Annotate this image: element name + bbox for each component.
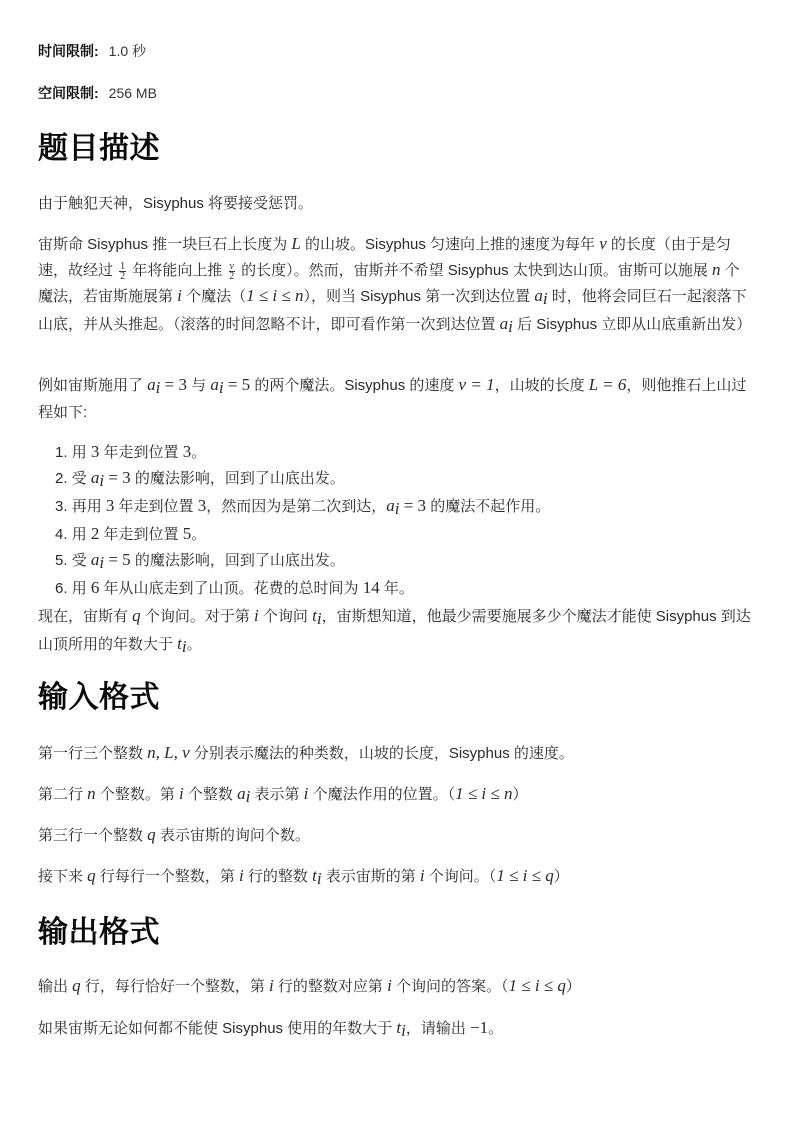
description-paragraph-1: 由于触犯天神，Sisyphus 将要接受惩罚。 [38, 191, 754, 216]
step-item: 3. 再用 3 年走到位置 3，然而因为是第二次到达，ai = 3 的魔法不起作… [55, 493, 550, 521]
section-heading-input: 输入格式 [38, 680, 160, 716]
step-item: 2. 受 ai = 3 的魔法影响，回到了山底出发。 [55, 465, 550, 493]
input-line-4: 接下来 q 行每行一个整数，第 i 行的整数 ti 表示宙斯的第 i 个询问。（… [38, 863, 754, 891]
step-item: 4. 用 2 年走到位置 5。 [55, 521, 550, 547]
fraction-one-half: 12 [119, 262, 126, 281]
space-limit: 空间限制:256 MB [38, 83, 157, 103]
output-line-1: 输出 q 行，每行恰好一个整数，第 i 行的整数对应第 i 个询问的答案。（1 … [38, 973, 754, 999]
time-limit: 时间限制:1.0 秒 [38, 41, 146, 61]
description-paragraph-4: 现在，宙斯有 q 个询问。对于第 i 个询问 ti，宙斯想知道，他最少需要施展多… [38, 603, 754, 659]
fraction-v-half: v2 [229, 262, 235, 281]
section-heading-description: 题目描述 [38, 131, 160, 167]
section-heading-output: 输出格式 [38, 915, 160, 951]
space-limit-label: 空间限制: [38, 85, 99, 101]
step-item: 5. 受 ai = 5 的魔法影响，回到了山底出发。 [55, 547, 550, 575]
input-line-1: 第一行三个整数 n, L, v 分别表示魔法的种类数，山坡的长度，Sisyphu… [38, 740, 754, 766]
description-paragraph-3: 例如宙斯施用了 ai = 3 与 ai = 5 的两个魔法。Sisyphus 的… [38, 372, 754, 425]
input-line-3: 第三行一个整数 q 表示宙斯的询问个数。 [38, 822, 754, 848]
description-paragraph-2: 宙斯命 Sisyphus 推一块巨石上长度为 L 的山坡。Sisyphus 匀速… [38, 231, 754, 339]
input-line-2: 第二行 n 个整数。第 i 个整数 ai 表示第 i 个魔法作用的位置。（1 ≤… [38, 781, 754, 809]
time-limit-value: 1.0 秒 [109, 43, 146, 59]
process-steps-list: 1. 用 3 年走到位置 3。 2. 受 ai = 3 的魔法影响，回到了山底出… [38, 439, 550, 601]
time-limit-label: 时间限制: [38, 43, 99, 59]
space-limit-value: 256 MB [109, 85, 157, 101]
output-line-2: 如果宙斯无论如何都不能使 Sisyphus 使用的年数大于 ti，请输出 −1。 [38, 1015, 754, 1043]
step-item: 1. 用 3 年走到位置 3。 [55, 439, 550, 465]
step-item: 6. 用 6 年从山底走到了山顶。花费的总时间为 14 年。 [55, 575, 550, 601]
